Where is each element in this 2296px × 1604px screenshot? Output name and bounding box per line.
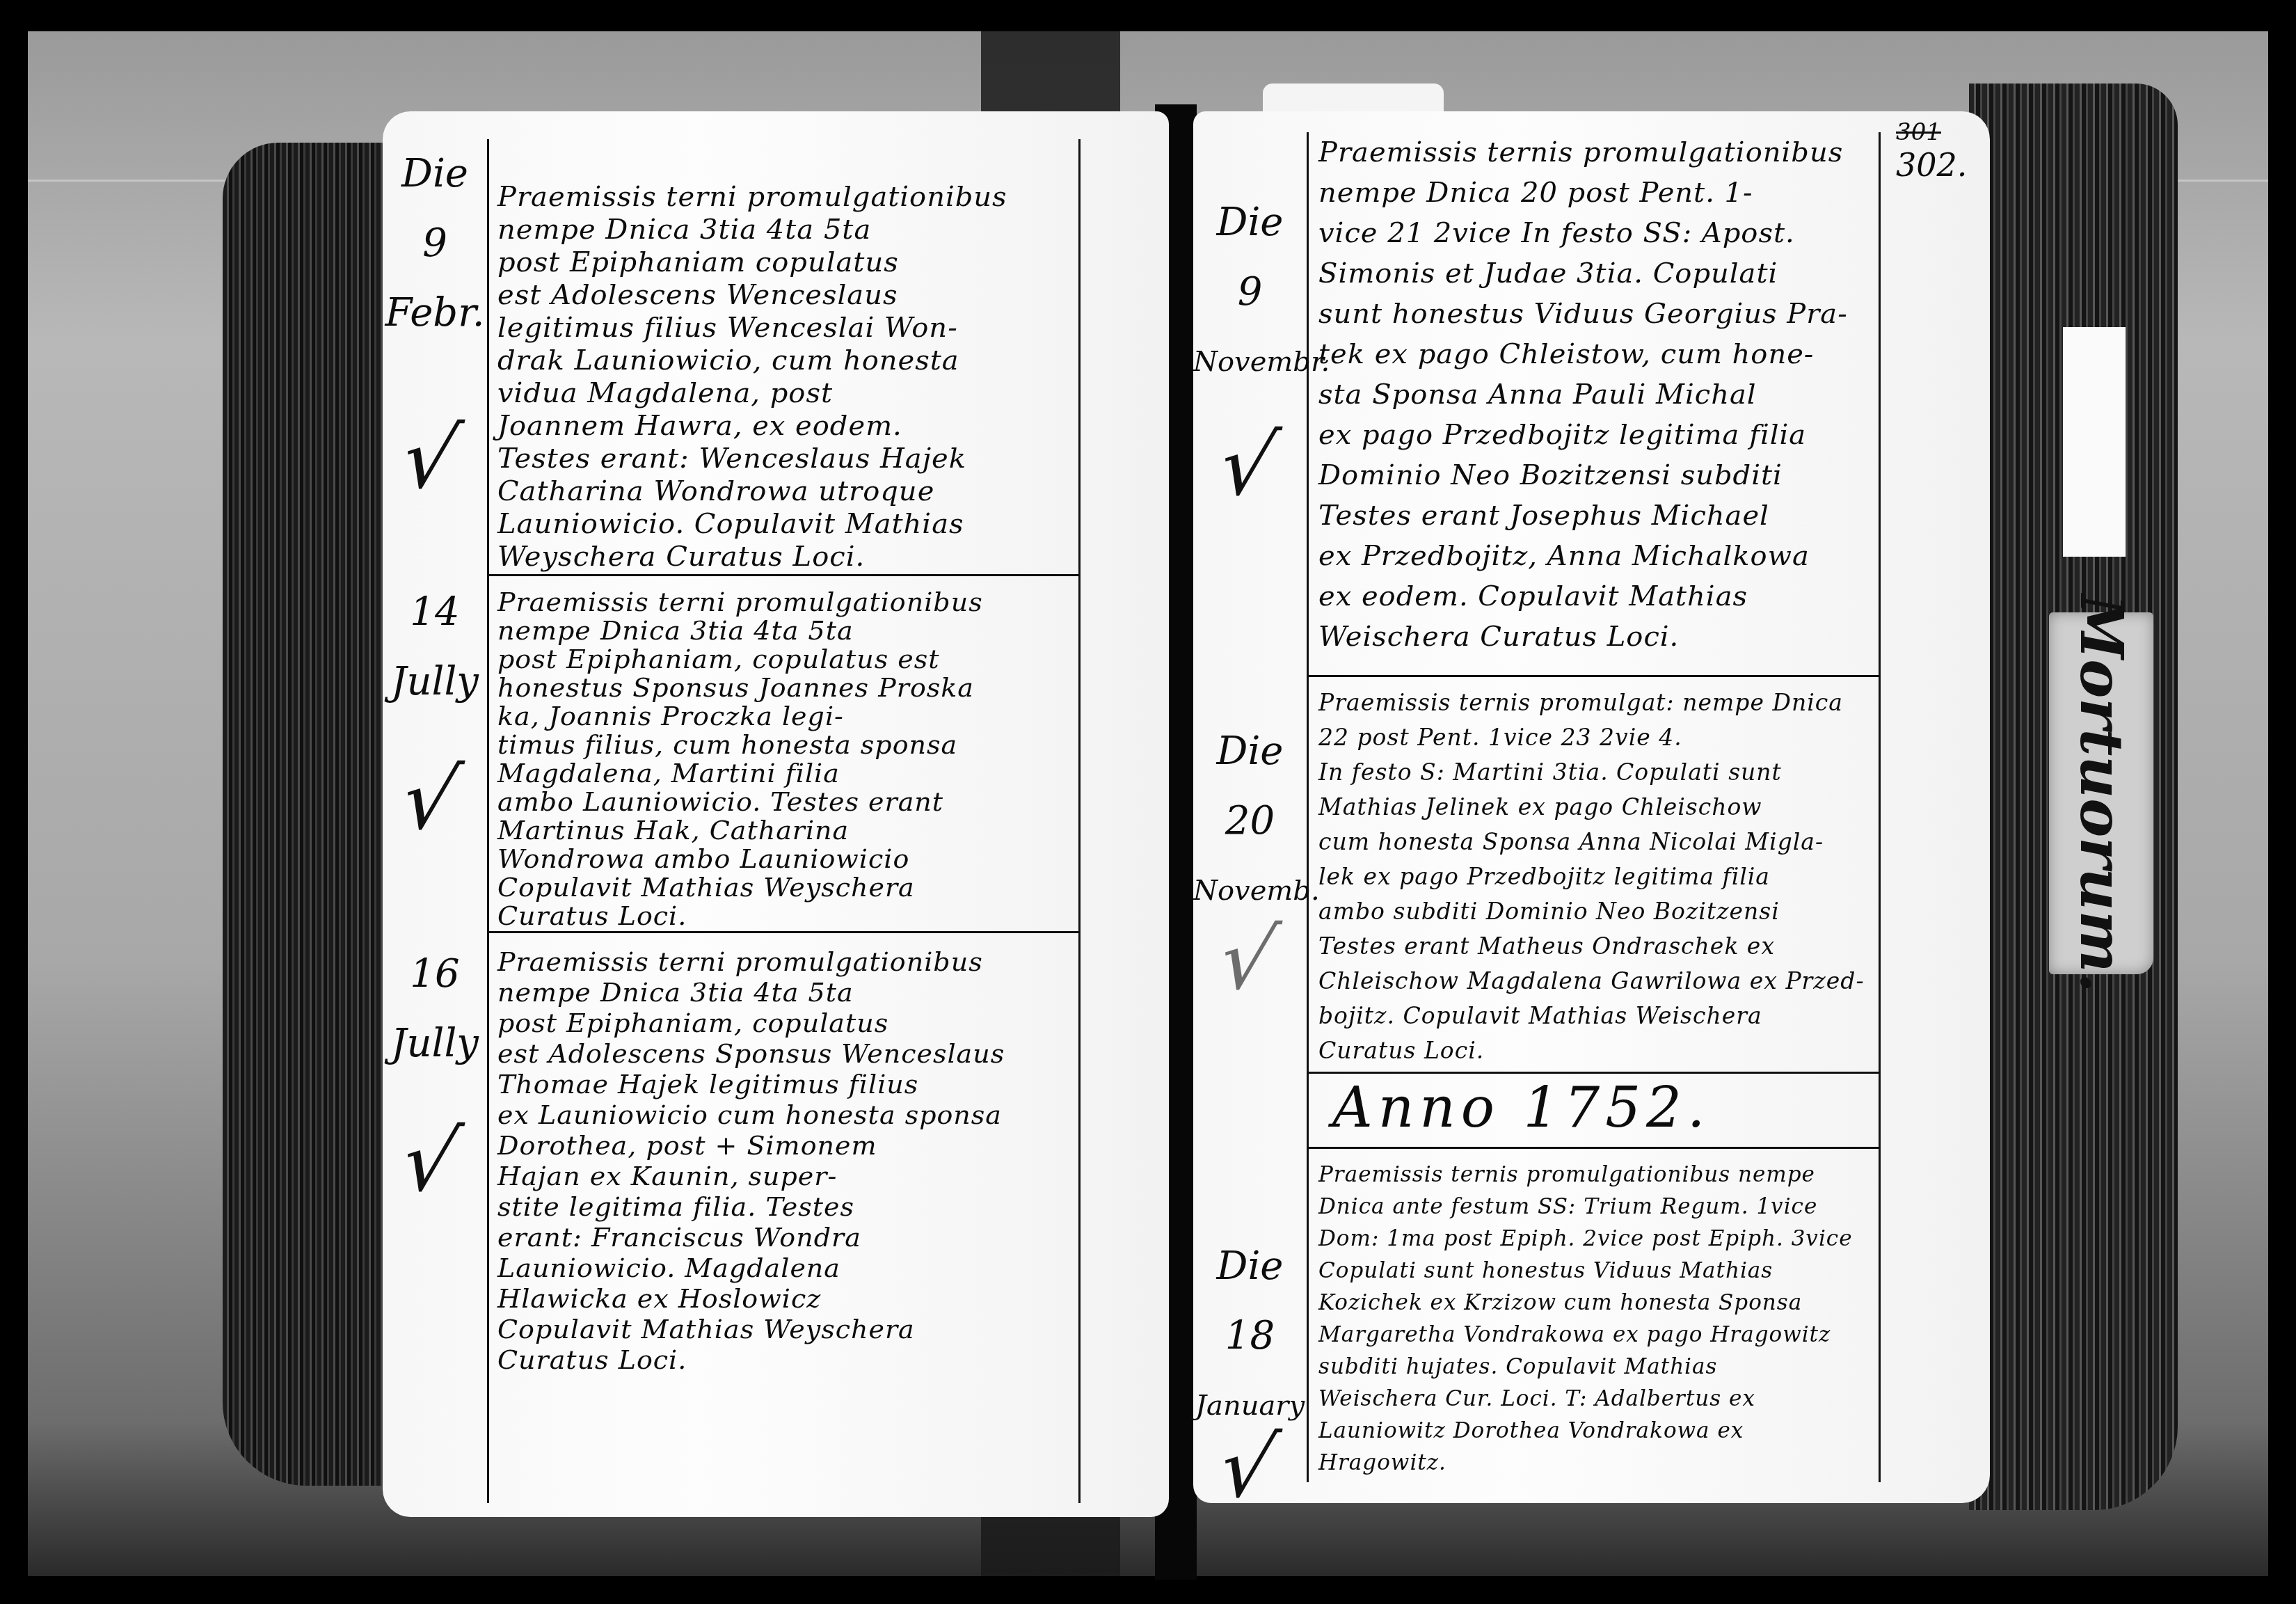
- margin-month: Jully: [383, 647, 487, 717]
- entry-line: Catharina Wondrowa utroque: [497, 475, 1007, 508]
- margin-rule: [487, 139, 489, 1503]
- entry-line: drak Launiowicio, cum honesta: [497, 344, 1007, 377]
- entry-line: nempe Dnica 3tia 4ta 5ta: [497, 617, 983, 645]
- entry-line: Praemissis ternis promulgationibus nempe: [1318, 1159, 1853, 1191]
- entry-line: Praemissis terni promulgationibus: [497, 946, 1005, 977]
- register-entry: Praemissis ternis promulgat: nempe Dnica…: [1318, 685, 1865, 1068]
- entry-line: ambo Launiowicio. Testes erant: [497, 788, 983, 816]
- entry-line: Praemissis ternis promulgat: nempe Dnica: [1318, 685, 1865, 720]
- entry-line: Praemissis ternis promulgationibus: [1318, 132, 1848, 173]
- outer-rule: [1879, 132, 1881, 1482]
- register-entry: Praemissis ternis promulgationibus nempe…: [1318, 1159, 1853, 1479]
- entry-divider: [487, 574, 1078, 576]
- entry-line: Dorothea, post + Simonem: [497, 1130, 1005, 1161]
- entry-line: Magdalena, Martini filia: [497, 759, 983, 788]
- paper-bookmark: [2063, 327, 2126, 557]
- entry-line: Weyschera Curatus Loci.: [497, 541, 1007, 573]
- register-entry: Praemissis terni promulgationibus nempe …: [497, 588, 983, 930]
- margin-day-number: 20: [1193, 786, 1307, 856]
- entry-line: Dom: 1ma post Epiph. 2vice post Epiph. 3…: [1318, 1223, 1853, 1255]
- margin-day-number: 9: [383, 209, 487, 278]
- checkmark-icon: √: [1211, 912, 1284, 1008]
- entry-line: ex Launiowicio cum honesta sponsa: [497, 1099, 1005, 1130]
- section-label-text: Mortuorum.: [2067, 594, 2136, 993]
- entry-line: Wondrowa ambo Launiowicio: [497, 845, 983, 873]
- entry-line: Hragowitz.: [1318, 1447, 1853, 1479]
- entry-divider: [1307, 1072, 1879, 1074]
- entry-line: nempe Dnica 20 post Pent. 1-: [1318, 173, 1848, 213]
- entry-line: tek ex pago Chleistow, cum hone-: [1318, 334, 1848, 374]
- register-entry: Praemissis terni promulgationibus nempe …: [497, 946, 1005, 1375]
- entry-line: Margaretha Vondrakowa ex pago Hragowitz: [1318, 1319, 1853, 1351]
- entry-line: erant: Franciscus Wondra: [497, 1222, 1005, 1253]
- entry-line: vidua Magdalena, post: [497, 377, 1007, 410]
- entry-line: nempe Dnica 3tia 4ta 5ta: [497, 977, 1005, 1008]
- entry-line: Mathias Jelinek ex pago Chleischow: [1318, 790, 1865, 825]
- book-edge-left: [223, 143, 390, 1486]
- entry-line: Copulavit Mathias Weyschera: [497, 1314, 1005, 1344]
- entry-line: Testes erant Josephus Michael: [1318, 495, 1848, 536]
- entry-line: Dominio Neo Bozitzensi subditi: [1318, 455, 1848, 495]
- checkmark-icon: √: [1211, 418, 1284, 514]
- entry-line: ex pago Przedbojitz legitima filia: [1318, 415, 1848, 455]
- entry-divider: [1307, 675, 1879, 677]
- entry-line: vice 21 2vice In festo SS: Apost.: [1318, 213, 1848, 253]
- current-page-number: 302.: [1896, 146, 1967, 184]
- entry-line: est Adolescens Wenceslaus: [497, 279, 1007, 312]
- entry-line: Joannem Hawra, ex eodem.: [497, 410, 1007, 443]
- entry-line: timus filius, cum honesta sponsa: [497, 731, 983, 759]
- entry-line: honestus Sponsus Joannes Proska: [497, 674, 983, 702]
- year-heading: Anno 1752.: [1332, 1075, 1710, 1140]
- entry-line: est Adolescens Sponsus Wenceslaus: [497, 1038, 1005, 1069]
- entry-line: lek ex pago Przedbojitz legitima filia: [1318, 859, 1865, 894]
- entry-line: ex eodem. Copulavit Mathias: [1318, 576, 1848, 617]
- register-entry: Praemissis terni promulgationibus nempe …: [497, 181, 1007, 573]
- entry-line: Copulati sunt honestus Viduus Mathias: [1318, 1255, 1853, 1287]
- entry-line: ambo subditi Dominio Neo Bozitzensi: [1318, 894, 1865, 929]
- margin-day-number: 14: [383, 578, 487, 647]
- margin-date: Die 9 Novembr.: [1193, 188, 1307, 397]
- right-page: 301 302. Die 9 Novembr. √ Praemissis ter…: [1193, 111, 1990, 1503]
- section-label-tab: Mortuorum.: [2049, 612, 2153, 974]
- margin-month: Febr.: [383, 278, 487, 348]
- entry-line: ka, Joannis Proczka legi-: [497, 702, 983, 731]
- entry-line: Curatus Loci.: [497, 902, 983, 930]
- margin-date: 16 Jully: [383, 939, 487, 1079]
- entry-line: Praemissis terni promulgationibus: [497, 181, 1007, 214]
- entry-line: 22 post Pent. 1vice 23 2vie 4.: [1318, 720, 1865, 755]
- checkmark-icon: √: [393, 752, 467, 848]
- entry-line: nempe Dnica 3tia 4ta 5ta: [497, 214, 1007, 246]
- margin-date: 14 Jully: [383, 578, 487, 717]
- entry-line: Hlawicka ex Hoslowicz: [497, 1283, 1005, 1314]
- entry-line: Weischera Cur. Loci. T: Adalbertus ex: [1318, 1383, 1853, 1415]
- entry-line: stite legitima filia. Testes: [497, 1191, 1005, 1222]
- entry-line: Chleischow Magdalena Gawrilowa ex Przed-: [1318, 964, 1865, 999]
- margin-date: Die 20 Novemb.: [1193, 717, 1307, 926]
- margin-date: Die 9 Febr.: [383, 139, 487, 348]
- entry-line: sunt honestus Viduus Georgius Pra-: [1318, 294, 1848, 334]
- margin-day-number: 9: [1193, 257, 1307, 327]
- checkmark-icon: √: [393, 411, 467, 507]
- entry-line: Praemissis terni promulgationibus: [497, 588, 983, 617]
- entry-line: post Epiphaniam, copulatus est: [497, 645, 983, 674]
- entry-line: Hajan ex Kaunin, super-: [497, 1161, 1005, 1191]
- entry-line: bojitz. Copulavit Mathias Weischera: [1318, 999, 1865, 1033]
- entry-line: post Epiphaniam copulatus: [497, 246, 1007, 279]
- margin-day-number: 16: [383, 939, 487, 1009]
- entry-line: subditi hujates. Copulavit Mathias: [1318, 1351, 1853, 1383]
- entry-line: Testes erant: Wenceslaus Hajek: [497, 443, 1007, 475]
- entry-line: Curatus Loci.: [1318, 1033, 1865, 1068]
- entry-line: sta Sponsa Anna Pauli Michal: [1318, 374, 1848, 415]
- entry-line: Launiowitz Dorothea Vondrakowa ex: [1318, 1415, 1853, 1447]
- entry-line: post Epiphaniam, copulatus: [497, 1008, 1005, 1038]
- entry-line: Weischera Curatus Loci.: [1318, 617, 1848, 657]
- margin-month: Novembr.: [1193, 327, 1307, 397]
- margin-day-label: Die: [1193, 717, 1307, 786]
- margin-day-label: Die: [1193, 1232, 1307, 1301]
- entry-line: ex Przedbojitz, Anna Michalkowa: [1318, 536, 1848, 576]
- entry-line: cum honesta Sponsa Anna Nicolai Migla-: [1318, 825, 1865, 859]
- entry-line: legitimus filius Wenceslai Won-: [497, 312, 1007, 344]
- struck-page-number: 301: [1896, 118, 1967, 146]
- margin-rule: [1307, 132, 1309, 1482]
- outer-rule: [1078, 139, 1081, 1503]
- page-number: 301 302.: [1896, 118, 1967, 184]
- entry-line: Launiowicio. Magdalena: [497, 1253, 1005, 1283]
- margin-month: Jully: [383, 1009, 487, 1079]
- entry-line: Simonis et Judae 3tia. Copulati: [1318, 253, 1848, 294]
- entry-line: Testes erant Matheus Ondraschek ex: [1318, 929, 1865, 964]
- entry-line: Kozichek ex Krzizow cum honesta Sponsa: [1318, 1287, 1853, 1319]
- margin-day-label: Die: [1193, 188, 1307, 257]
- entry-line: In festo S: Martini 3tia. Copulati sunt: [1318, 755, 1865, 790]
- entry-line: Launiowicio. Copulavit Mathias: [497, 508, 1007, 541]
- entry-line: Thomae Hajek legitimus filius: [497, 1069, 1005, 1099]
- entry-divider: [487, 931, 1078, 933]
- margin-date: Die 18 January: [1193, 1232, 1307, 1440]
- margin-day-label: Die: [383, 139, 487, 209]
- register-entry: Praemissis ternis promulgationibus nempe…: [1318, 132, 1848, 657]
- entry-line: Dnica ante festum SS: Trium Regum. 1vice: [1318, 1191, 1853, 1223]
- entry-line: Martinus Hak, Catharina: [497, 816, 983, 845]
- checkmark-icon: √: [393, 1113, 467, 1210]
- entry-line: Copulavit Mathias Weyschera: [497, 873, 983, 902]
- margin-day-number: 18: [1193, 1301, 1307, 1371]
- left-page: Die 9 Febr. √ Praemissis terni promulgat…: [383, 111, 1169, 1517]
- entry-divider: [1307, 1147, 1879, 1149]
- entry-line: Curatus Loci.: [497, 1344, 1005, 1375]
